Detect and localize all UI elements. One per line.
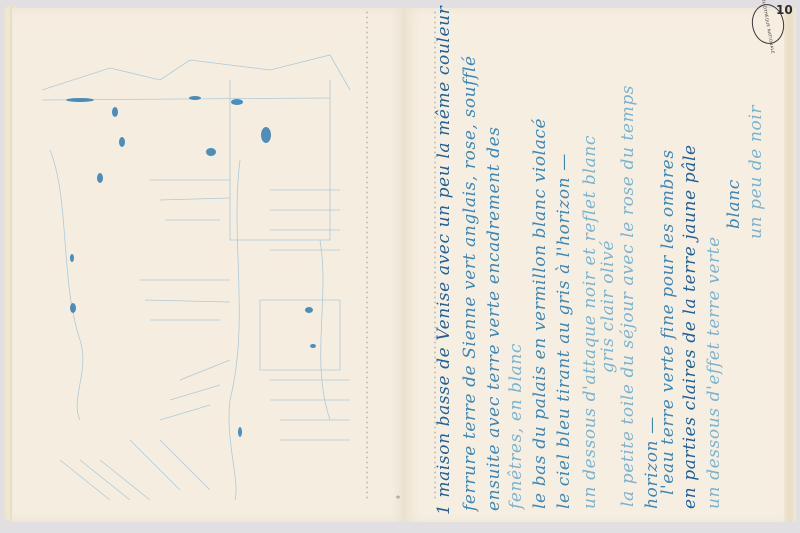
building-sketch	[30, 40, 370, 510]
handwritten-line: un dessous d'effet terre verte	[704, 236, 724, 509]
handwritten-line: le ciel bleu tirant au gris à l'horizon …	[554, 153, 574, 509]
page-number: 10	[776, 3, 793, 17]
handwritten-line: blanc	[724, 179, 744, 229]
notebook-spread: ⁎ 1 maison basse de Venise avec un peu l…	[0, 0, 800, 533]
handwritten-line: un dessous d'attaque noir et reflet blan…	[580, 135, 600, 509]
handwritten-line: ferrure terre de Sienne vert anglais, ro…	[460, 55, 480, 511]
handwritten-line: l'eau terre verte fine pour les ombres	[658, 149, 678, 495]
handwritten-line: la petite toile du séjour avec le rose d…	[618, 85, 638, 507]
handwritten-line: ensuite avec terre verte encadrement des	[484, 126, 504, 511]
handwritten-line: gris clair olivé	[598, 240, 618, 373]
right-page-edges	[784, 8, 796, 522]
handwritten-line: fenêtres, en blanc	[506, 343, 526, 509]
handwritten-line: 1 maison basse de Venise avec un peu la …	[434, 6, 454, 515]
margin-mark: ⁎	[396, 492, 400, 501]
handwritten-line: en parties claires de la terre jaune pâl…	[680, 144, 700, 509]
handwritten-line: un peu de noir	[746, 105, 766, 239]
handwritten-line: le bas du palais en vermillon blanc viol…	[530, 118, 550, 509]
